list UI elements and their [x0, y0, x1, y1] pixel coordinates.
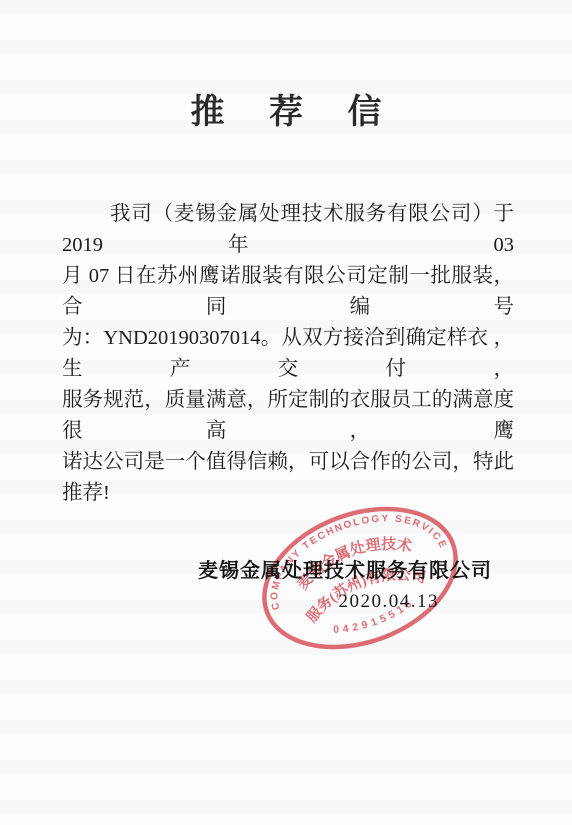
- body-line: 为：YND20190307014。从双方接洽到确定样衣 ，生产交付，: [62, 323, 514, 385]
- signature-date: 2020.04.13: [339, 591, 440, 613]
- body-line: 诺达公司是一个值得信赖，可以合作的公司，特此推荐!: [62, 447, 514, 509]
- letter-page: 推 荐 信 我司（麦锡金属处理技术服务有限公司）于 2019 年 03 月 07…: [0, 0, 572, 825]
- body-line: 月 07 日在苏州鹰诺服装有限公司定制一批服装，合同编号: [62, 261, 514, 323]
- letter-title: 推 荐 信: [0, 84, 572, 133]
- body-line: 服务规范，质量满意，所定制的衣服员工的满意度很高，鹰: [62, 385, 514, 447]
- body-line: 我司（麦锡金属处理技术服务有限公司）于 2019 年 03: [62, 199, 514, 261]
- letter-body: 我司（麦锡金属处理技术服务有限公司）于 2019 年 03 月 07 日在苏州鹰…: [62, 199, 514, 509]
- signature-company-name: 麦锡金属处理技术服务有限公司: [198, 554, 492, 583]
